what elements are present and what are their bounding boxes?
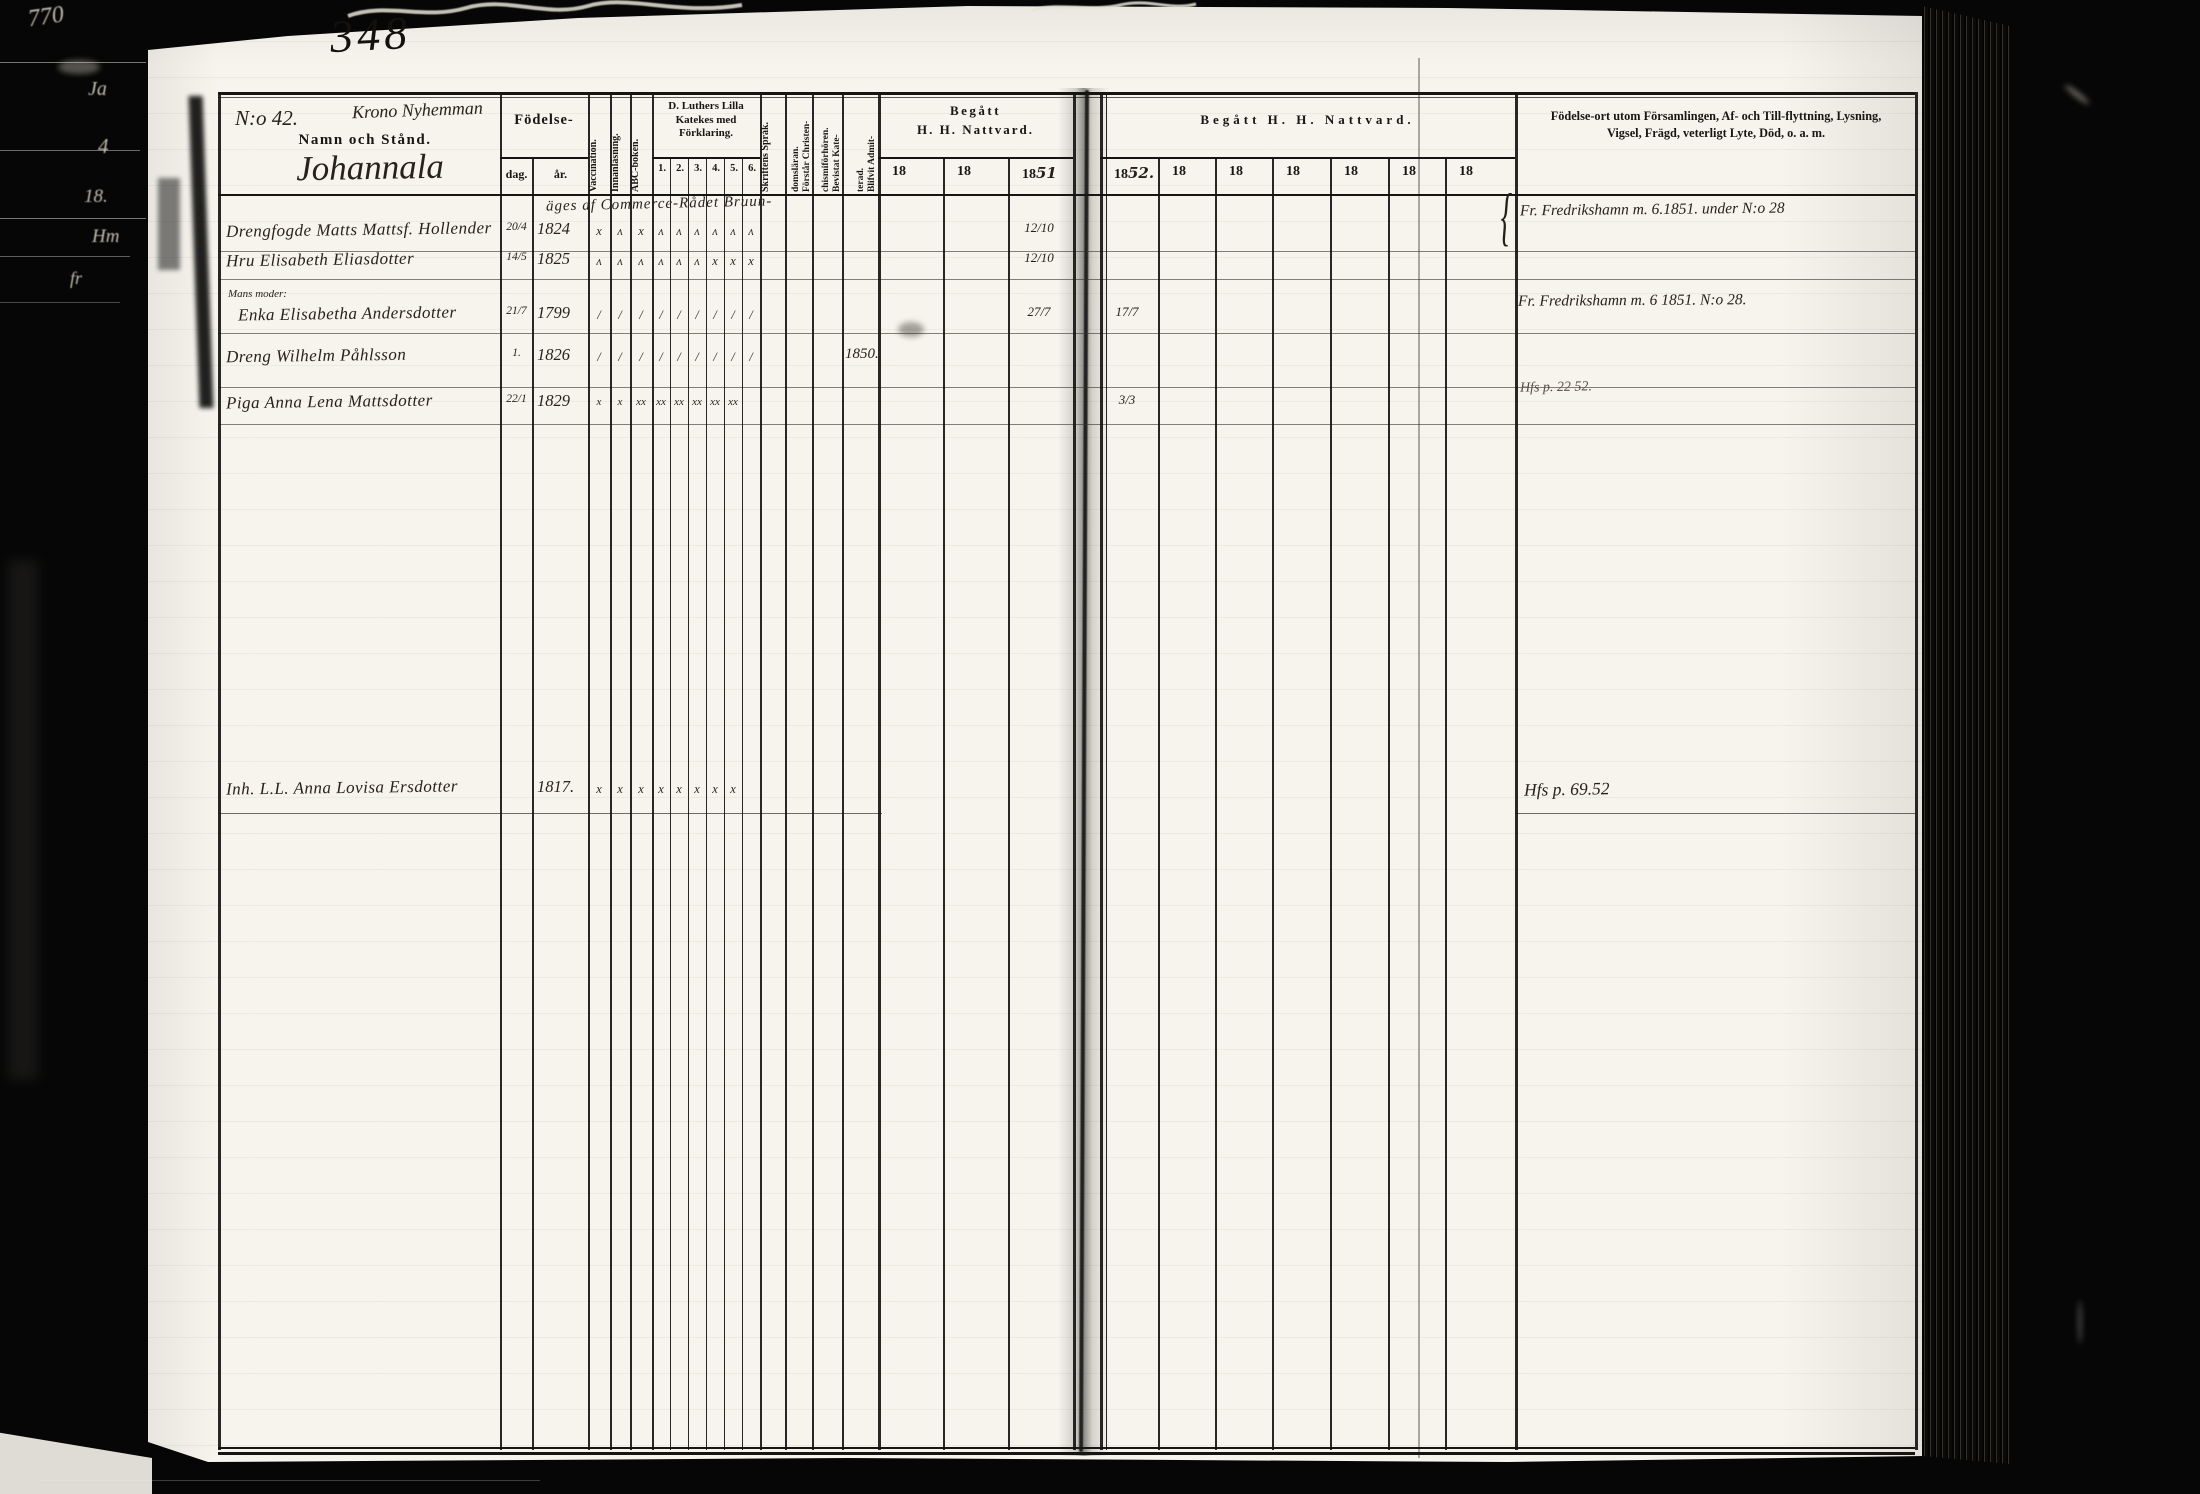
admitted-header: Blifvit Admit-terad. <box>843 98 877 192</box>
mark-cell: ʌ <box>588 254 610 269</box>
mark-cell: / <box>630 350 652 365</box>
attended-examinations-header: Bevistat Kate-chismiförhören. <box>813 98 842 192</box>
mark-cell: ʌ <box>630 254 652 269</box>
mark-cell: / <box>652 350 670 365</box>
person-name: Dreng Wilhelm Påhlsson <box>226 345 407 368</box>
communion-year-cell: 1852. <box>1100 164 1158 192</box>
mark-cell: ʌ <box>670 224 688 239</box>
communion-year-cell: 1851 <box>1008 164 1073 192</box>
household-number: N:o 42. <box>235 106 298 131</box>
scan-corner <box>0 1404 152 1494</box>
mark-cell: / <box>670 308 688 323</box>
mark-cell: / <box>688 350 706 365</box>
migration-note: Fr. Fredrikshamn m. 6.1851. under N:o 28 <box>1520 200 1785 221</box>
annotation-brace: { <box>1501 181 1512 255</box>
mark-cell: x <box>630 224 652 239</box>
scan-speck <box>2078 1300 2082 1344</box>
migration-note: Fr. Fredrikshamn m. 6 1851. N:o 28. <box>1518 291 1747 311</box>
mark-cell: x <box>670 782 688 797</box>
catechism-col-4: 4. <box>707 163 725 174</box>
mark-cell: x <box>706 254 724 269</box>
mark-cell: / <box>588 308 610 323</box>
mark-cell: xx <box>670 396 688 408</box>
communion-date-1852: 3/3 <box>1098 392 1156 408</box>
person-name: Drengfogde Matts Mattsf. Hollender <box>226 218 492 242</box>
communion-right-header: Begått H. H. Nattvard. <box>1100 112 1515 128</box>
margin-scribble: 18. <box>84 186 108 208</box>
birth-day: 1. <box>500 347 533 359</box>
communion-year-cell: 18 <box>878 164 943 192</box>
birth-year: 1826 <box>537 345 570 365</box>
birth-column-header: Födelse- <box>500 112 588 129</box>
mark-cell: / <box>688 308 706 323</box>
scanned-church-record: 770 Ja 4 18. Hm fr 348 <box>0 0 2200 1494</box>
scripture-header: Skriftens Språk. <box>761 98 785 192</box>
margin-scribble: Ja <box>88 78 107 101</box>
remarks-column-header: Födelse-ort utom Församlingen, Af- och T… <box>1520 108 1912 142</box>
communion-date-1851: 12/10 <box>1008 220 1070 236</box>
birth-year-header: år. <box>533 167 588 182</box>
mark-cell: ʌ <box>610 224 630 239</box>
mark-cell: xx <box>688 396 706 408</box>
communion-year-cell: 18 <box>1158 164 1215 192</box>
mark-cell: x <box>652 782 670 797</box>
vaccination-header: Vaccination. <box>589 98 610 192</box>
page-number: 348 <box>329 6 413 63</box>
mark-cell: / <box>610 308 630 323</box>
communion-left-header-2: H. H. Nattvard. <box>878 122 1073 138</box>
page-reference-note: Hfs p. 22 52. <box>1520 379 1592 397</box>
birth-year: 1829 <box>537 391 570 411</box>
table-row: Dreng Wilhelm Påhlsson 1. 1826 /////////… <box>0 344 2200 380</box>
mark-cell: xx <box>706 396 724 408</box>
mark-cell: / <box>706 350 724 365</box>
table-row: Piga Anna Lena Mattsdotter 22/1 1829 xxx… <box>0 390 2200 426</box>
mark-cell: / <box>630 308 652 323</box>
person-name: Piga Anna Lena Mattsdotter <box>226 391 433 414</box>
mark-cell: / <box>724 350 742 365</box>
birth-year: 1825 <box>537 249 570 269</box>
mark-cell: / <box>742 308 760 323</box>
mark-cell: ʌ <box>742 224 760 239</box>
communion-year-cell: 18 <box>1330 164 1388 192</box>
communion-year-cell: 18 <box>1388 164 1445 192</box>
mark-cell: x <box>610 782 630 797</box>
margin-scribble: 770 <box>26 2 65 34</box>
mark-cell: ʌ <box>724 224 742 239</box>
communion-date-1851: 27/7 <box>1008 304 1070 320</box>
mark-cell: x <box>610 396 630 408</box>
mark-cell: ʌ <box>610 254 630 269</box>
scan-streak <box>0 150 140 151</box>
birth-day: 20/4 <box>500 221 533 233</box>
scan-speck <box>2064 83 2091 105</box>
scan-shadow <box>8 560 38 1080</box>
mark-cell: x <box>688 782 706 797</box>
communion-left-header-1: Begått <box>878 103 1073 119</box>
birth-day: 22/1 <box>500 393 533 405</box>
birth-day-header: dag. <box>500 167 533 182</box>
person-name: Hru Elisabeth Eliasdotter <box>226 249 414 272</box>
mark-cell: x <box>588 224 610 239</box>
catechism-col-6: 6. <box>743 163 761 174</box>
margin-scribble: 4 <box>98 134 109 159</box>
birth-day: 21/7 <box>500 305 533 317</box>
communion-year-cell: 18 <box>943 164 1008 192</box>
mark-cell: / <box>670 350 688 365</box>
catechism-header: D. Luthers Lilla Katekes med Förklaring. <box>653 100 759 141</box>
communion-year-cell: 18 <box>1215 164 1272 192</box>
mark-cell: x <box>742 254 760 269</box>
mark-cell: / <box>706 308 724 323</box>
mark-cell: x <box>588 396 610 408</box>
handwritten-year-52: 52. <box>1128 164 1154 182</box>
page-reference-note: Hfs p. 69.52 <box>1524 778 1610 800</box>
understands-doctrine-header: Förstår Christen-domsläran. <box>786 98 812 192</box>
mark-cell: / <box>610 350 630 365</box>
mark-cell: ʌ <box>688 254 706 269</box>
mark-cell: / <box>652 308 670 323</box>
mark-cell: / <box>588 350 610 365</box>
abc-book-header: ABC-boken. <box>631 98 652 192</box>
person-name: Inh. L.L. Anna Lovisa Ersdotter <box>226 776 458 799</box>
birth-year: 1824 <box>537 219 570 239</box>
mark-cell: xx <box>630 396 652 408</box>
birth-day: 14/5 <box>500 251 533 263</box>
table-row: Hru Elisabeth Eliasdotter 14/5 1825 ʌʌʌʌ… <box>0 248 2200 284</box>
scan-blob <box>58 60 100 74</box>
farm-name: Johannala <box>252 146 489 190</box>
mark-cell: ʌ <box>670 254 688 269</box>
reading-header: Innanläsning. <box>611 98 630 192</box>
handwritten-year-51: 51 <box>1036 164 1057 182</box>
birth-year: 1799 <box>537 303 570 323</box>
catechism-col-5: 5. <box>725 163 743 174</box>
table-row: Mans moder: Enka Elisabetha Andersdotter… <box>0 302 2200 338</box>
mark-cell: ʌ <box>652 254 670 269</box>
person-name: Enka Elisabetha Andersdotter <box>238 302 457 325</box>
birth-year: 1817. <box>537 777 574 797</box>
top-edge-scribble <box>1030 0 1200 16</box>
mark-cell: ʌ <box>688 224 706 239</box>
relation-label: Mans moder: <box>228 288 287 300</box>
mark-cell: ʌ <box>706 224 724 239</box>
mark-cell: x <box>724 254 742 269</box>
admitted-year: 1850. <box>845 346 879 363</box>
catechism-col-1: 1. <box>653 163 671 174</box>
communion-year-cell: 18 <box>1272 164 1330 192</box>
communion-date-1851: 12/10 <box>1008 250 1070 266</box>
mark-cell: ʌ <box>652 224 670 239</box>
catechism-col-2: 2. <box>671 163 689 174</box>
mark-cell: x <box>706 782 724 797</box>
mark-cell: x <box>630 782 652 797</box>
catechism-col-3: 3. <box>689 163 707 174</box>
mark-cell: x <box>588 782 610 797</box>
mark-cell: / <box>724 308 742 323</box>
mark-cell: / <box>742 350 760 365</box>
mark-cell: x <box>724 782 742 797</box>
communion-date-1852: 17/7 <box>1098 304 1156 320</box>
mark-cell: xx <box>724 396 742 408</box>
mark-cell: xx <box>652 396 670 408</box>
table-row: Inh. L.L. Anna Lovisa Ersdotter 1817. xx… <box>0 776 2200 812</box>
